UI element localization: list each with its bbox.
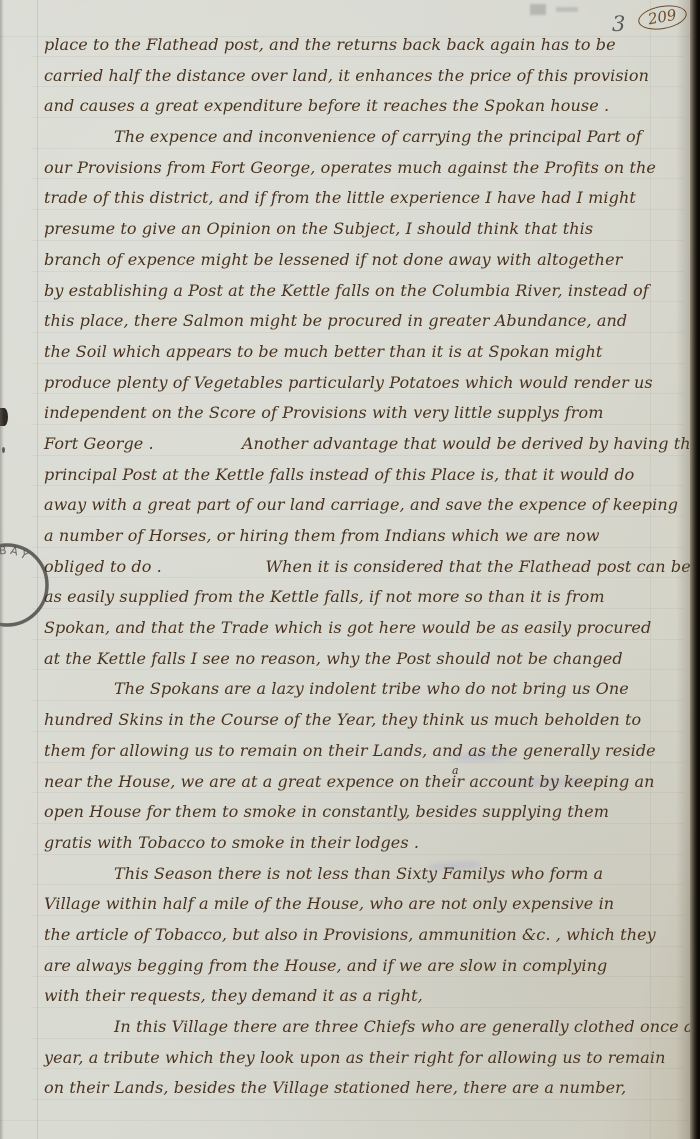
- manuscript-line: year, a tribute which they look upon as …: [44, 1043, 660, 1074]
- manuscript-line: produce plenty of Vegetables particularl…: [44, 368, 660, 399]
- manuscript-line: at the Kettle falls I see no reason, why…: [44, 644, 660, 675]
- manuscript-line: Village within half a mile of the House,…: [44, 889, 660, 920]
- manuscript-line: independent on the Score of Provisions w…: [44, 398, 660, 429]
- page-left-edge: [0, 0, 4, 1139]
- manuscript-line: near the House, we are at a great expenc…: [44, 767, 660, 798]
- manuscript-line: hundred Skins in the Course of the Year,…: [44, 705, 660, 736]
- manuscript-line: by establishing a Post at the Kettle fal…: [44, 276, 660, 307]
- inserted-letter: a: [452, 764, 459, 777]
- manuscript-line: presume to give an Opinion on the Subjec…: [44, 214, 660, 245]
- binding-shadow: [676, 0, 690, 1139]
- manuscript-line: are always begging from the House, and i…: [44, 951, 660, 982]
- manuscript-line: principal Post at the Kettle falls inste…: [44, 460, 660, 491]
- manuscript-line: trade of this district, and if from the …: [44, 183, 660, 214]
- manuscript-line: gratis with Tobacco to smoke in their lo…: [44, 828, 660, 859]
- hudsons-bay-company-stamp: COMPANY BAY: [0, 538, 54, 632]
- manuscript-line: our Provisions from Fort George, operate…: [44, 153, 660, 184]
- binding-edge: [690, 0, 700, 1139]
- manuscript-text-block: place to the Flathead post, and the retu…: [44, 30, 660, 1104]
- manuscript-line: and causes a great expenditure before it…: [44, 91, 660, 122]
- manuscript-line: away with a great part of our land carri…: [44, 490, 660, 521]
- manuscript-line: The Spokans are a lazy indolent tribe wh…: [44, 674, 660, 705]
- manuscript-line: the article of Tobacco, but also in Prov…: [44, 920, 660, 951]
- manuscript-line: place to the Flathead post, and the retu…: [44, 30, 660, 61]
- pencil-smudge: [530, 4, 546, 15]
- manuscript-line: Fort George . Another advantage that wou…: [44, 429, 660, 460]
- pencil-smudge: [556, 7, 578, 12]
- manuscript-line: a number of Horses, or hiring them from …: [44, 521, 660, 552]
- manuscript-line: with their requests, they demand it as a…: [44, 981, 660, 1012]
- manuscript-line: obliged to do . When it is considered th…: [44, 552, 660, 583]
- manuscript-line: them for allowing us to remain on their …: [44, 736, 660, 767]
- manuscript-line: open House for them to smoke in constant…: [44, 797, 660, 828]
- horizontal-crease: [0, 1120, 700, 1121]
- svg-text:BAY: BAY: [0, 544, 33, 564]
- stamp-top-word: BAY: [0, 544, 33, 564]
- manuscript-line: this place, there Salmon might be procur…: [44, 306, 660, 337]
- manuscript-line: In this Village there are three Chiefs w…: [44, 1012, 660, 1043]
- manuscript-line: This Season there is not less than Sixty…: [44, 859, 660, 890]
- manuscript-line: on their Lands, besides the Village stat…: [44, 1073, 660, 1104]
- manuscript-line: branch of expence might be lessened if n…: [44, 245, 660, 276]
- manuscript-page: 3 209 place to the Flathead post, and th…: [0, 0, 700, 1139]
- manuscript-line: as easily supplied from the Kettle falls…: [44, 582, 660, 613]
- manuscript-line: The expence and inconvenience of carryin…: [44, 122, 660, 153]
- manuscript-line: the Soil which appears to be much better…: [44, 337, 660, 368]
- manuscript-line: Spokan, and that the Trade which is got …: [44, 613, 660, 644]
- manuscript-line: carried half the distance over land, it …: [44, 61, 660, 92]
